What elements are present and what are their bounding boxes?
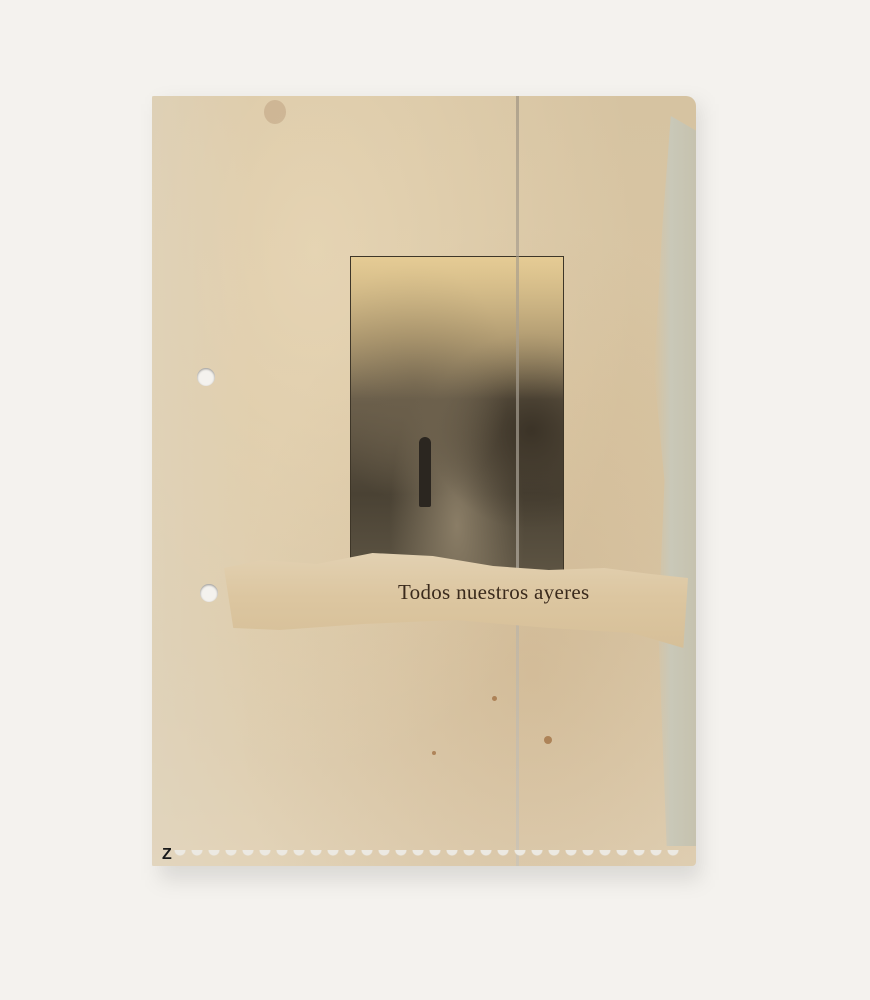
- rust-stain: [544, 736, 552, 744]
- aged-paper-sheet: Todos nuestros ayeres Z: [152, 96, 696, 866]
- water-stain: [264, 100, 286, 124]
- paper-faded-band: [152, 96, 252, 866]
- torn-right-edge: [654, 116, 696, 846]
- rust-stain: [492, 696, 497, 701]
- corner-mark: Z: [162, 846, 172, 864]
- punch-hole-bottom: [200, 584, 218, 602]
- rust-stain: [432, 751, 436, 755]
- punch-hole-top: [197, 368, 215, 386]
- perforated-bottom-edge: [172, 850, 682, 866]
- person-figure: [419, 437, 431, 507]
- vintage-photograph: [350, 256, 564, 574]
- paper-crease: [516, 96, 519, 866]
- caption-text: Todos nuestros ayeres: [398, 580, 589, 605]
